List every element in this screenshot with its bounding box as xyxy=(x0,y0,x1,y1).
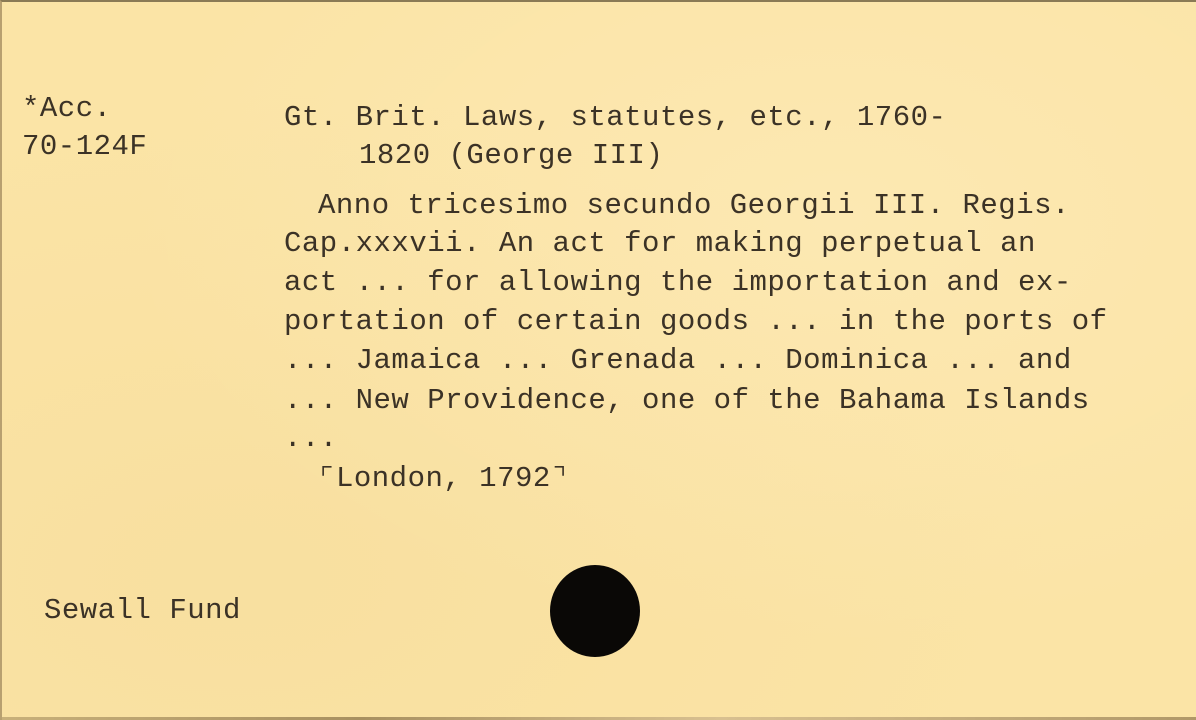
call-number-line-1: *Acc. xyxy=(22,90,112,128)
catalog-card: *Acc. 70-124F Gt. Brit. Laws, statutes, … xyxy=(0,0,1196,720)
fund-note: Sewall Fund xyxy=(44,592,241,630)
title-line-5: ... Jamaica ... Grenada ... Dominica ...… xyxy=(284,342,1072,380)
imprint: ⌜London, 1792⌝ xyxy=(318,460,569,498)
title-line-4: portation of certain goods ... in the po… xyxy=(284,303,1108,341)
title-line-3: act ... for allowing the importation and… xyxy=(284,264,1072,302)
title-line-2: Cap.xxxvii. An act for making perpetual … xyxy=(284,225,1036,263)
heading-line-1: Gt. Brit. Laws, statutes, etc., 1760- xyxy=(284,99,946,137)
punch-hole-icon xyxy=(550,565,640,657)
call-number-line-2: 70-124F xyxy=(22,128,147,166)
title-line-7: ... xyxy=(284,420,338,458)
title-line-6: ... New Providence, one of the Bahama Is… xyxy=(284,382,1090,420)
title-line-1: Anno tricesimo secundo Georgii III. Regi… xyxy=(318,187,1070,225)
heading-line-2: 1820 (George III) xyxy=(359,137,663,175)
